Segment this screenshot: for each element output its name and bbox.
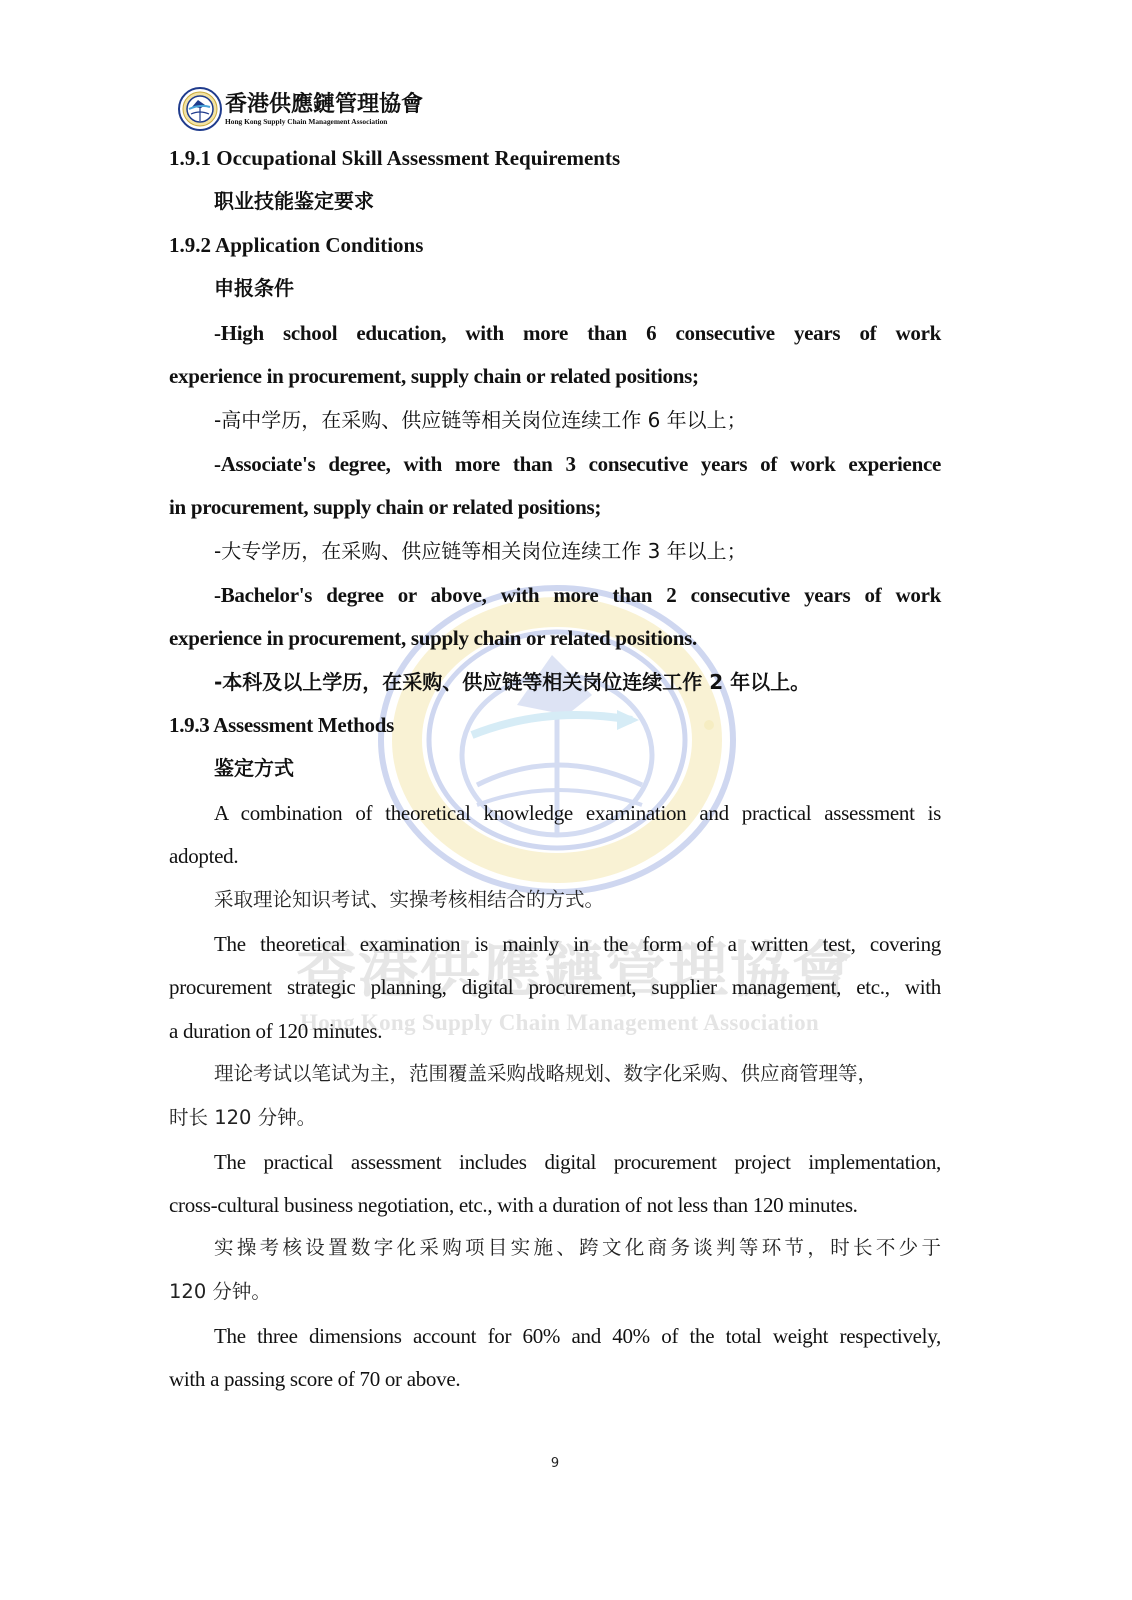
condition-en-line: -High school education, with more than 6… — [214, 319, 941, 347]
logo-chinese-name: 香港供應鏈管理協會 — [225, 93, 423, 117]
condition-en-line: experience in procurement, supply chain … — [169, 624, 697, 652]
paragraph-line: with a passing score of 70 or above. — [169, 1365, 460, 1393]
paragraph-line: The three dimensions account for 60% and… — [214, 1322, 941, 1350]
section-heading-en: 1.9.2 Application Conditions — [169, 231, 423, 259]
condition-cn: -高中学历，在采购、供应链等相关岗位连续工作 6 年以上； — [214, 406, 747, 434]
condition-cn: -本科及以上学历，在采购、供应链等相关岗位连续工作 2 年以上。 — [214, 668, 810, 696]
paragraph-line: 120 分钟。 — [169, 1278, 271, 1306]
paragraph-line: A combination of theoretical knowledge e… — [214, 799, 941, 827]
section-heading-cn: 申报条件 — [214, 274, 294, 302]
paragraph-line: 理论考试以笔试为主，范围覆盖采购战略规划、数字化采购、供应商管理等， — [214, 1060, 877, 1088]
paragraph-line: procurement strategic planning, digital … — [169, 973, 941, 1001]
paragraph-line: a duration of 120 minutes. — [169, 1017, 382, 1045]
association-emblem-icon — [178, 87, 222, 131]
paragraph-line: The theoretical examination is mainly in… — [214, 930, 941, 958]
condition-en-line: in procurement, supply chain or related … — [169, 493, 601, 521]
condition-en-line: -Associate's degree, with more than 3 co… — [214, 450, 941, 478]
section-heading-en: 1.9.1 Occupational Skill Assessment Requ… — [169, 144, 620, 172]
paragraph-line: adopted. — [169, 842, 238, 870]
section-heading-en: 1.9.3 Assessment Methods — [169, 711, 394, 739]
condition-en-line: experience in procurement, supply chain … — [169, 362, 699, 390]
paragraph-line: 时长 120 分钟。 — [169, 1104, 316, 1132]
logo-english-name: Hong Kong Supply Chain Management Associ… — [225, 117, 423, 126]
paragraph-line: 实操考核设置数字化采购项目实施、跨文化商务谈判等环节，时长不少于 — [214, 1234, 941, 1262]
page-number: 9 — [0, 1456, 1110, 1471]
section-heading-cn: 鉴定方式 — [214, 754, 294, 782]
document-page: 香港供應鏈管理協會 Hong Kong Supply Chain Managem… — [0, 0, 1132, 1600]
condition-en-line: -Bachelor's degree or above, with more t… — [214, 581, 941, 609]
paragraph-line: cross-cultural business negotiation, etc… — [169, 1191, 858, 1219]
section-heading-cn: 职业技能鉴定要求 — [214, 187, 374, 215]
condition-cn: -大专学历，在采购、供应链等相关岗位连续工作 3 年以上； — [214, 537, 747, 565]
header-logo: 香港供應鏈管理協會 Hong Kong Supply Chain Managem… — [178, 86, 423, 132]
logo-text: 香港供應鏈管理協會 Hong Kong Supply Chain Managem… — [225, 93, 423, 126]
paragraph-line: 采取理论知识考试、实操考核相结合的方式。 — [214, 886, 604, 914]
paragraph-line: The practical assessment includes digita… — [214, 1148, 941, 1176]
